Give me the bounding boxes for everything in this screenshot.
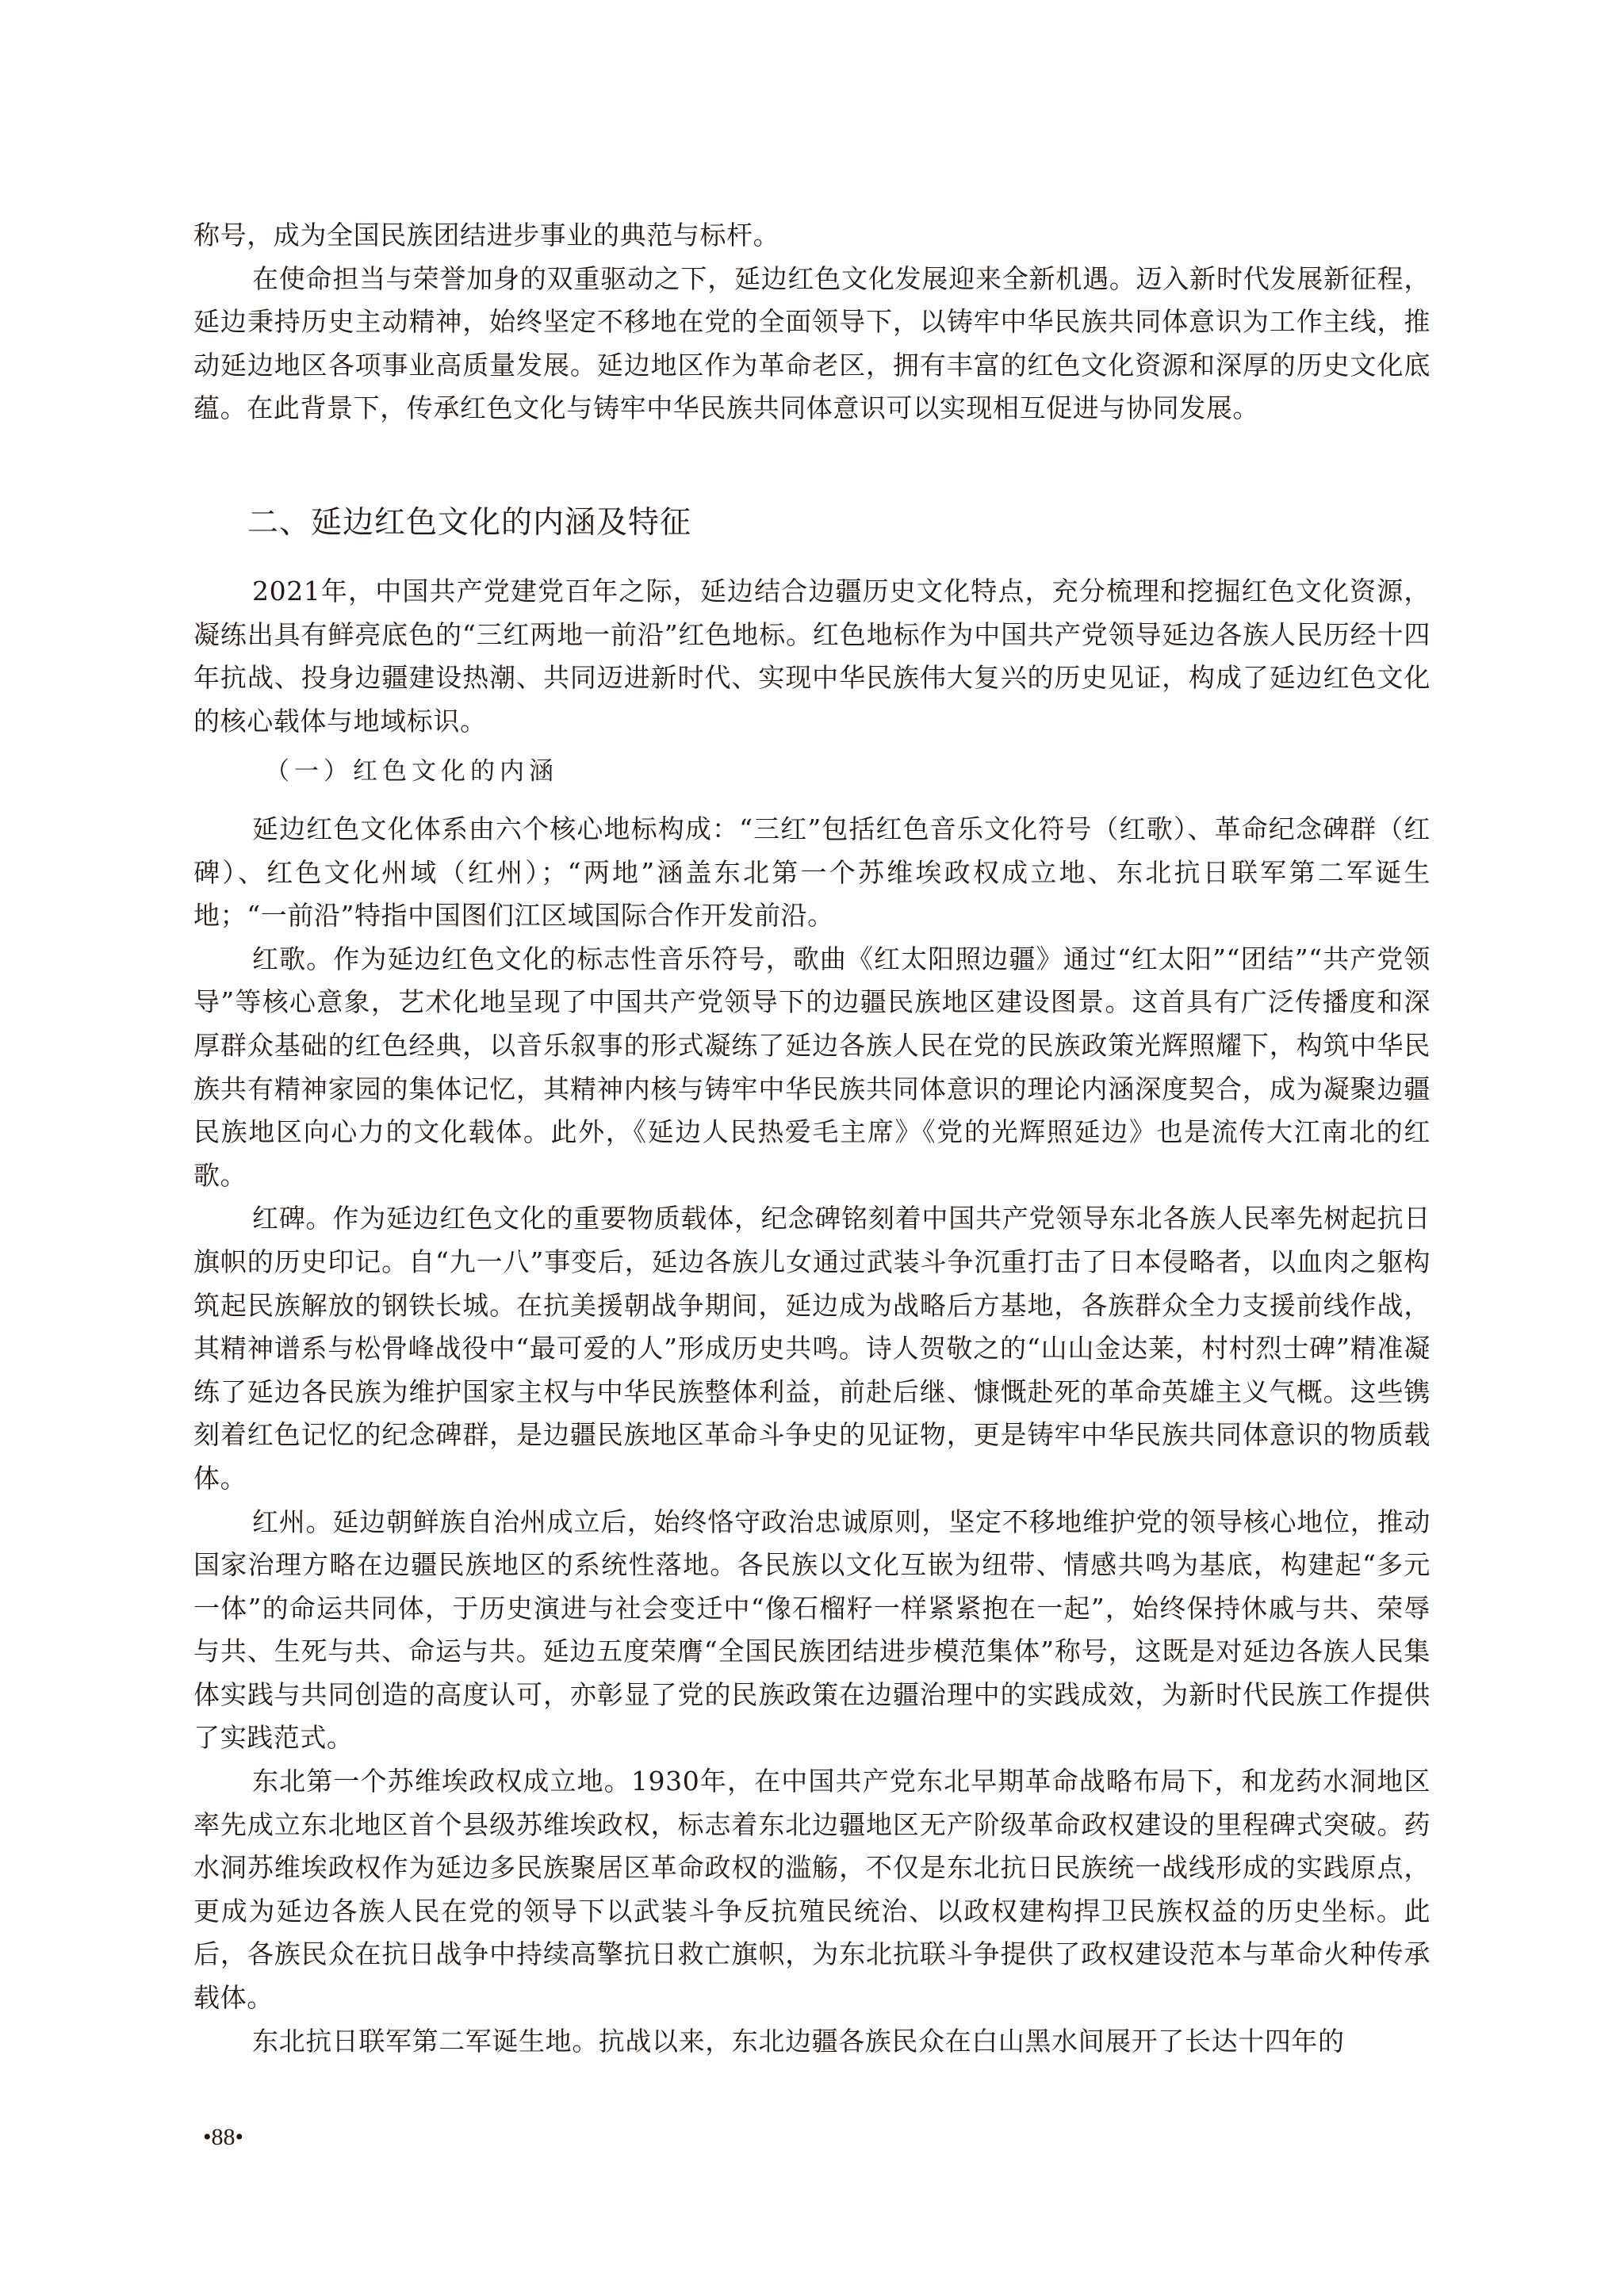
paragraph-intro: 2021年，中国共产党建党百年之际，延边结合边疆历史文化特点，充分梳理和挖掘红色… [193, 570, 1431, 743]
paragraph-red-monuments: 红碑。作为延边红色文化的重要物质载体，纪念碑铭刻着中国共产党领导东北各族人民率先… [193, 1197, 1431, 1500]
section-one-tail: 称号，成为全国民族团结进步事业的典范与标杆。 在使命担当与荣誉加身的双重驱动之下… [193, 214, 1431, 430]
paragraph-first-soviet: 东北第一个苏维埃政权成立地。1930年，在中国共产党东北早期革命战略布局下，和龙… [193, 1760, 1431, 2020]
paragraph-continuation: 称号，成为全国民族团结进步事业的典范与标杆。 [193, 214, 1431, 258]
section-heading: 二、延边红色文化的内涵及特征 [247, 499, 691, 547]
page-number: •88• [203, 2122, 243, 2153]
paragraph: 在使命担当与荣誉加身的双重驱动之下，延边红色文化发展迎来全新机遇。迈入新时代发展… [193, 258, 1431, 430]
paragraph-red-songs: 红歌。作为延边红色文化的标志性音乐符号，歌曲《红太阳照边疆》通过“红太阳”“团结… [193, 938, 1431, 1198]
subsection-heading: （一）红色文化的内涵 [265, 752, 558, 791]
section-two-intro: 2021年，中国共产党建党百年之际，延边结合边疆历史文化特点，充分梳理和挖掘红色… [193, 570, 1431, 743]
paragraph-second-army: 东北抗日联军第二军诞生地。抗战以来，东北边疆各族民众在白山黑水间展开了长达十四年… [193, 2020, 1431, 2064]
subsection-body: 延边红色文化体系由六个核心地标构成：“三红”包括红色音乐文化符号（红歌）、革命纪… [193, 808, 1431, 2063]
paragraph-overview: 延边红色文化体系由六个核心地标构成：“三红”包括红色音乐文化符号（红歌）、革命纪… [193, 808, 1431, 938]
paragraph-red-prefecture: 红州。延边朝鲜族自治州成立后，始终恪守政治忠诚原则，坚定不移地维护党的领导核心地… [193, 1501, 1431, 1761]
